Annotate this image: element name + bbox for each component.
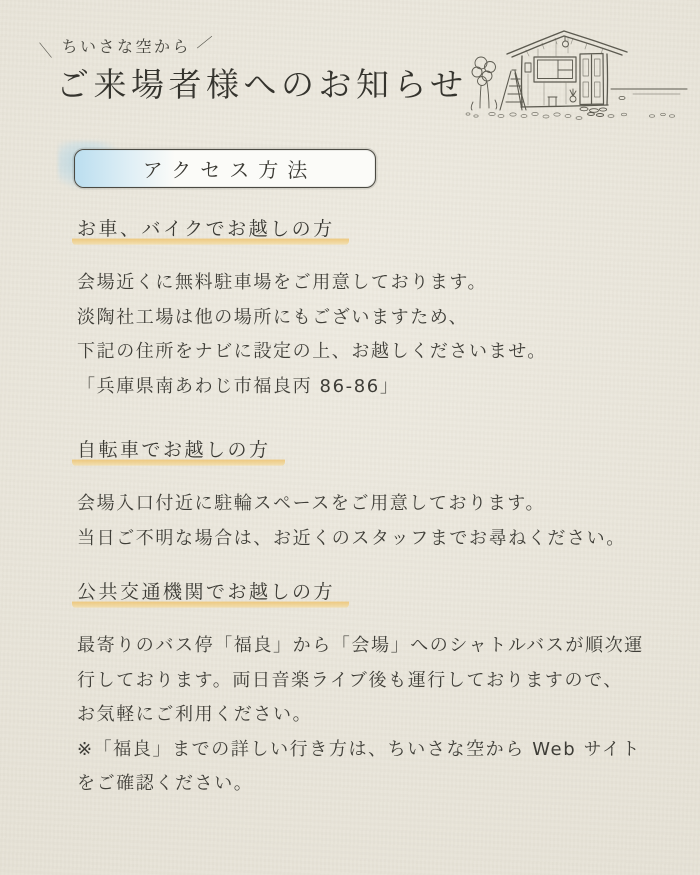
body-line: お気軽にご利用ください。	[77, 698, 660, 733]
house-sketch-illustration	[456, 26, 690, 140]
body-line: 行しております。両日音楽ライブ後も運行しておりますので、	[77, 664, 660, 699]
body-line: 下記の住所をナビに設定の上、お越しくださいませ。	[77, 335, 660, 370]
body-line: 当日ご不明な場合は、お近くのスタッフまでお尋ねください。	[77, 522, 660, 557]
section-public-transport-body: 最寄りのバス停「福良」から「会場」へのシャトルバスが順次運 行しております。両日…	[77, 629, 660, 802]
body-line: 最寄りのバス停「福良」から「会場」へのシャトルバスが順次運	[77, 629, 660, 664]
highlighted-heading-text: 自転車でお越しの方	[72, 439, 285, 466]
section-car-bike: お車、バイクでお越しの方 会場近くに無料駐車場をご用意しております。 淡陶社工場…	[77, 216, 660, 404]
access-method-banner: アクセス方法	[74, 149, 376, 188]
body-line: 会場入口付近に駐輪スペースをご用意しております。	[77, 487, 660, 522]
section-bicycle: 自転車でお越しの方 会場入口付近に駐輪スペースをご用意しております。 当日ご不明…	[77, 437, 660, 556]
section-public-transport-heading: 公共交通機関でお越しの方	[77, 579, 660, 605]
access-method-label: アクセス方法	[75, 150, 375, 187]
section-bicycle-body: 会場入口付近に駐輪スペースをご用意しております。 当日ご不明な場合は、お近くのス…	[77, 487, 660, 556]
page-title: ご来場者様へのお知らせ	[56, 59, 468, 106]
body-line-note: ※「福良」までの詳しい行き方は、ちいさな空から Web サイト	[77, 733, 660, 768]
tagline: ＼ちいさな空から／	[38, 34, 215, 57]
section-car-bike-heading: お車、バイクでお越しの方	[77, 216, 660, 242]
highlighted-heading-text: 公共交通機関でお越しの方	[72, 581, 349, 608]
tagline-slash-right: ／	[196, 31, 216, 54]
section-public-transport: 公共交通機関でお越しの方 最寄りのバス停「福良」から「会場」へのシャトルバスが順…	[77, 579, 660, 802]
body-line: 淡陶社工場は他の場所にもございますため、	[77, 301, 660, 336]
visitor-notice-flyer: ＼ちいさな空から／ ご来場者様へのお知らせ	[0, 0, 700, 875]
section-car-bike-body: 会場近くに無料駐車場をご用意しております。 淡陶社工場は他の場所にもございますた…	[77, 266, 660, 404]
section-bicycle-heading: 自転車でお越しの方	[77, 437, 660, 463]
body-line-note: をご確認ください。	[77, 767, 660, 802]
tagline-slash-left: ＼	[37, 39, 57, 62]
highlighted-heading-text: お車、バイクでお越しの方	[72, 218, 349, 245]
body-line: 会場近くに無料駐車場をご用意しております。	[77, 266, 660, 301]
tagline-text: ちいさな空から	[62, 37, 192, 56]
venue-address: 「兵庫県南あわじ市福良丙 86-86」	[77, 370, 660, 405]
